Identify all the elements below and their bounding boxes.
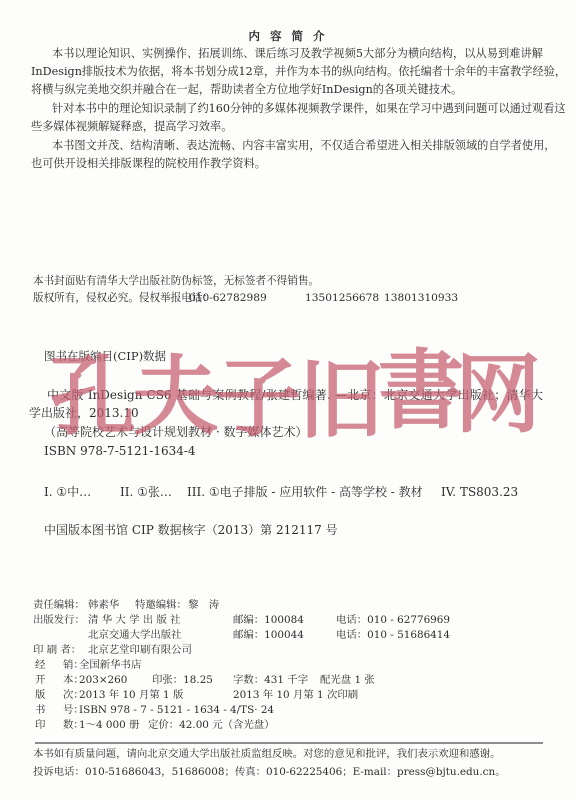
publisher-postcode: 邮编：100084: [233, 613, 304, 628]
anti-counterfeit-notice: 本书封面贴有清华大学出版社防伪标签，无标签者不得销售。: [33, 273, 319, 290]
edition-value: 2013 年 10 月第 1 版: [79, 688, 183, 703]
publisher-name: 北京交通大学出版社: [88, 628, 182, 643]
intro-title: 内 容 简 介: [0, 27, 576, 45]
quality-notice: 本书如有质量问题，请向北京交通大学出版社质监组反映。对您的意见和批评，我们表示欢…: [33, 746, 501, 763]
imprint-row-edition: 版 次： 2013 年 10 月第 1 版 2013 年 10 月第 1 次印刷: [0, 688, 576, 703]
report-phone: 010-62782989: [189, 290, 267, 307]
sheets-value: 印张：18.25: [152, 673, 213, 688]
edition-label: 版: [35, 688, 45, 703]
printing-value: 2013 年 10 月第 1 次印刷: [233, 688, 358, 703]
editor-label: 责任编辑：: [33, 598, 85, 613]
copyright-label: 版权所有，侵权必究。侵权举报电话：: [33, 290, 213, 307]
imprint-row-book-number: 书 号： ISBN 978 - 7 - 5121 - 1634 - 4/TS· …: [0, 703, 576, 718]
report-phone: 13501256678: [305, 290, 379, 307]
book-number-label: 书: [35, 703, 45, 718]
special-editor-name: 黎 涛: [188, 598, 219, 613]
cip-class-4: IV. TS803.23: [441, 483, 518, 501]
distributor-name: 全国新华书店: [79, 658, 141, 673]
copyright-page: 内 容 简 介 本书以理论知识、实例操作、拓展训练、课后练习及教学视频5大部分为…: [0, 0, 576, 800]
special-editor-label: 特邀编辑：: [135, 598, 187, 613]
imprint-row-publisher-2: 北京交通大学出版社 邮编：100044 电话：010 - 51686414: [0, 628, 576, 643]
print-run-value: 1～4 000 册: [79, 718, 139, 733]
price-value: 定价：42.00 元（含光盘）: [148, 718, 275, 733]
intro-line: 本书图文并茂、结构清晰、表达流畅、内容丰富实用，不仅适合希望进入相关排版领域的自…: [52, 137, 543, 155]
publisher-name: 清 华 大 学 出 版 社: [88, 613, 181, 628]
imprint-row-distributor: 经 销： 全国新华书店: [0, 658, 576, 673]
imprint-row-editors: 责任编辑： 韩素华 特邀编辑： 黎 涛: [0, 598, 576, 613]
cip-class-3: III. ①电子排版 - 应用软件 - 高等学校 - 教材: [187, 483, 423, 501]
intro-line: InDesign排版技术为依据，将本书划分成12章，并作为本书的纵向结构。依托编…: [31, 63, 543, 81]
watermark-char: 夫: [133, 352, 219, 442]
editor-name: 韩素华: [88, 598, 119, 613]
disc-info: 配光盘 1 张: [320, 673, 375, 688]
cip-record-number: 中国版本图书馆 CIP 数据核字（2013）第 212117 号: [44, 521, 338, 539]
imprint-row-print-run: 印 数： 1～4 000 册 定价：42.00 元（含光盘）: [0, 718, 576, 733]
printer-name: 北京艺堂印刷有限公司: [88, 643, 192, 658]
watermark-char: 子: [215, 354, 301, 444]
intro-line: 将横与纵完美地交织并融合在一起，帮助读者全方位地学好InDesign的各项关键技…: [31, 81, 462, 99]
cip-class-1: I. ①中…: [44, 483, 91, 501]
intro-line: 也可供开设相关排版课程的院校用作教学资料。: [31, 155, 266, 173]
watermark-char: 書: [378, 346, 464, 436]
book-number-value: ISBN 978 - 7 - 5121 - 1634 - 4/TS· 24: [79, 703, 274, 718]
intro-line: 针对本书中的理论知识录制了约160分钟的多媒体视频教学课件，如果在学习中遇到问题…: [52, 100, 543, 118]
intro-line: 本书以理论知识、实例操作、拓展训练、课后练习及教学视频5大部分为横向结构，以从易…: [52, 45, 543, 63]
distributor-label: 经: [35, 658, 45, 673]
watermark-char: 旧: [298, 356, 384, 446]
contact-info: 投诉电话：010-51686043，51686008；传真：010-622254…: [33, 764, 506, 781]
imprint-row-printer: 印 刷 者： 北京艺堂印刷有限公司: [0, 643, 576, 658]
intro-line: 些多媒体视频解疑释惑，提高学习效率。: [31, 118, 232, 136]
format-value: 203×260: [79, 673, 127, 688]
word-count: 字数：431 千字: [233, 673, 308, 688]
print-run-label: 印: [35, 718, 45, 733]
footer-divider: [35, 742, 543, 744]
report-phone: 13801310933: [384, 290, 458, 307]
publisher-label: 出版发行：: [33, 613, 85, 628]
printer-label: 印 刷 者：: [33, 643, 81, 658]
publisher-phone: 电话：010 - 62776969: [336, 613, 450, 628]
publisher-phone: 电话：010 - 51686414: [336, 628, 450, 643]
cip-class-2: II. ①张…: [120, 483, 172, 501]
imprint-row-format: 开 本： 203×260 印张：18.25 字数：431 千字 配光盘 1 张: [0, 673, 576, 688]
publisher-postcode: 邮编：100044: [233, 628, 304, 643]
imprint-row-publisher-1: 出版发行： 清 华 大 学 出 版 社 邮编：100084 电话：010 - 6…: [0, 613, 576, 628]
watermark-char: 网: [455, 350, 541, 440]
watermark-char: 孔: [50, 352, 136, 442]
format-label: 开: [35, 673, 45, 688]
